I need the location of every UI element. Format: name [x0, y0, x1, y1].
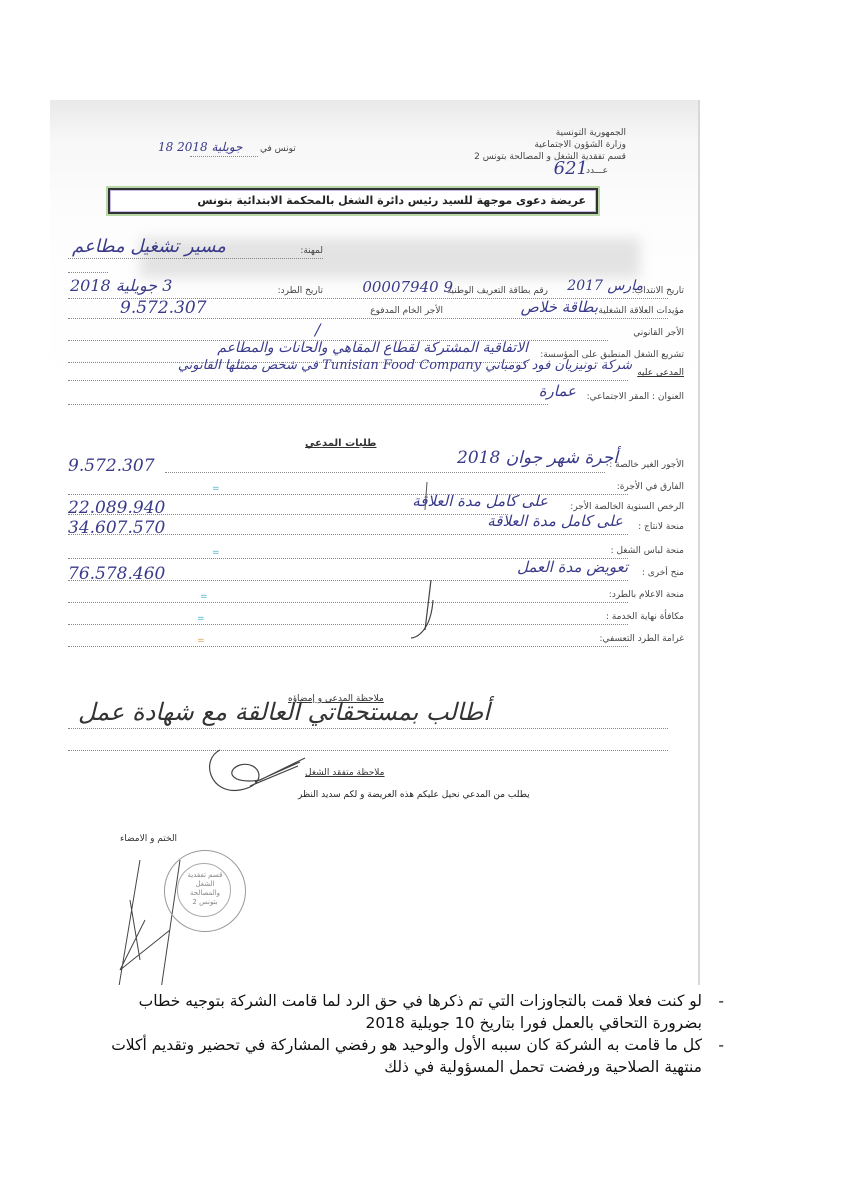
claim-dots — [165, 472, 605, 473]
start-date-value: مارس 2017 — [567, 278, 643, 294]
claim-equals: = — [212, 548, 220, 558]
labor-law-value: الاتفاقية المشتركة لقطاع المقاهي والحانا… — [217, 340, 528, 356]
claim-label: منح أخرى : — [642, 568, 684, 578]
plaintiff-note-value: أطالب بمستحقاتي العالقة مع شهادة عمل — [78, 698, 490, 726]
plaintiff-signature — [200, 740, 310, 800]
number-label: عـــدد — [586, 166, 608, 176]
defendant-label: المدعى عليه — [637, 368, 684, 378]
claim-equals: = — [197, 614, 205, 624]
inspector-note-heading: ملاحظة متفقد الشغل — [305, 768, 384, 778]
number-value: 621 — [554, 158, 588, 179]
republic-label: الجمهورية التونسية — [556, 128, 626, 138]
id-number-value: 00007940 9 — [362, 278, 453, 296]
claim-label: الأجور الغير خالصة : — [609, 460, 684, 470]
defendant-value: شركة تونيزيان فود كومباني Tunisian Food … — [178, 358, 632, 373]
page-title: عريضة دعوى موجهة للسيد رئيس دائرة الشغل … — [197, 194, 586, 207]
claim-dots — [68, 602, 628, 603]
statement-item: لو كنت فعلا قمت بالتجاوزات التي تم ذكرها… — [104, 990, 724, 1034]
claim-amount: 34.607.570 — [68, 518, 165, 538]
plaintiff-note-dots-2 — [68, 750, 668, 751]
legal-wage-value: / — [315, 320, 320, 339]
date-value: 18 جويلية 2018 — [158, 140, 242, 154]
claim-equals: = — [200, 592, 208, 602]
claims-heading: طلبات المدعي — [305, 438, 376, 449]
gross-wage-value: 9.572.307 — [120, 298, 207, 318]
claim-label: مكافأة نهاية الخدمة : — [606, 612, 684, 622]
claim-label: منحة لباس الشغل : — [611, 546, 684, 556]
statement-item: كل ما قامت به الشركة كان سببه الأول والو… — [104, 1034, 724, 1078]
seal-label: الختم و الامضاء — [120, 834, 177, 844]
scanned-complaint-form: الجمهورية التونسية وزارة الشؤون الاجتماع… — [50, 100, 700, 985]
ministry-label: وزارة الشؤون الاجتماعية — [534, 140, 626, 150]
claim-amount: 76.578.460 — [68, 564, 165, 584]
title-box: عريضة دعوى موجهة للسيد رئيس دائرة الشغل … — [108, 188, 598, 214]
claim-description: تعويض مدة العمل — [517, 558, 628, 576]
plaintiff-note-dots-1 — [68, 728, 668, 729]
dismissal-date-value: 3 جويلية 2018 — [70, 276, 172, 295]
claim-dots — [68, 646, 628, 647]
claim-label: الرخص السنوية الخالصة الأجر: — [570, 502, 684, 512]
claim-dots — [68, 624, 628, 625]
address-value: عمارة — [539, 382, 576, 400]
dismissal-date-label: تاريخ الطرد: — [278, 286, 323, 296]
gross-wage-label: الأجر الخام المدفوع — [370, 306, 443, 316]
claim-label: غرامة الطرد التعسفي: — [599, 634, 684, 644]
claim-amount: 22.089.940 — [68, 498, 165, 518]
employment-proof-value: بطاقة خلاص — [521, 298, 598, 316]
address-label: العنوان : المقر الاجتماعي: — [587, 392, 684, 402]
claim-description: أجرة شهر جوان 2018 — [457, 448, 618, 468]
claim-label: منحة لانتاج : — [638, 522, 684, 532]
id-number-label: رقم بطاقة التعريف الوطنية — [447, 286, 548, 296]
claim-description: على كامل مدة العلاقة — [487, 512, 623, 530]
claim-amount: 9.572.307 — [68, 456, 155, 476]
inspector-request-text: يطلب من المدعي نحيل عليكم هذه العريضة و … — [298, 790, 530, 800]
stamp-text: قسم تفقدية الشغل والمصالحة بتونس 2 — [165, 871, 245, 907]
profession-label: لمهنة: — [300, 246, 323, 256]
legal-wage-label: الأجر القانوني — [633, 328, 684, 338]
claim-equals: = — [197, 636, 205, 646]
profession-value: مسير تشغيل مطاعم — [72, 236, 226, 257]
address-dots — [68, 404, 548, 405]
statements: لو كنت فعلا قمت بالتجاوزات التي تم ذكرها… — [104, 990, 724, 1078]
claim-label: منحة الاعلام بالطرد: — [609, 590, 684, 600]
profession-dots-2 — [68, 272, 108, 273]
strike-stroke — [405, 480, 435, 640]
employment-proof-label: مؤيدات العلاقة الشغلية — [598, 306, 684, 316]
date-dots — [190, 156, 258, 157]
row-dots-2 — [68, 318, 668, 319]
defendant-dots — [68, 380, 628, 381]
official-stamp: قسم تفقدية الشغل والمصالحة بتونس 2 — [164, 850, 246, 932]
department-label: قسم تفقدية الشغل و المصالحة بتونس 2 — [474, 152, 626, 162]
claim-label: الفارق في الأجرة: — [617, 482, 684, 492]
place-date-label: تونس في — [260, 144, 296, 154]
profession-dots — [68, 258, 323, 259]
claim-equals: = — [212, 484, 220, 494]
